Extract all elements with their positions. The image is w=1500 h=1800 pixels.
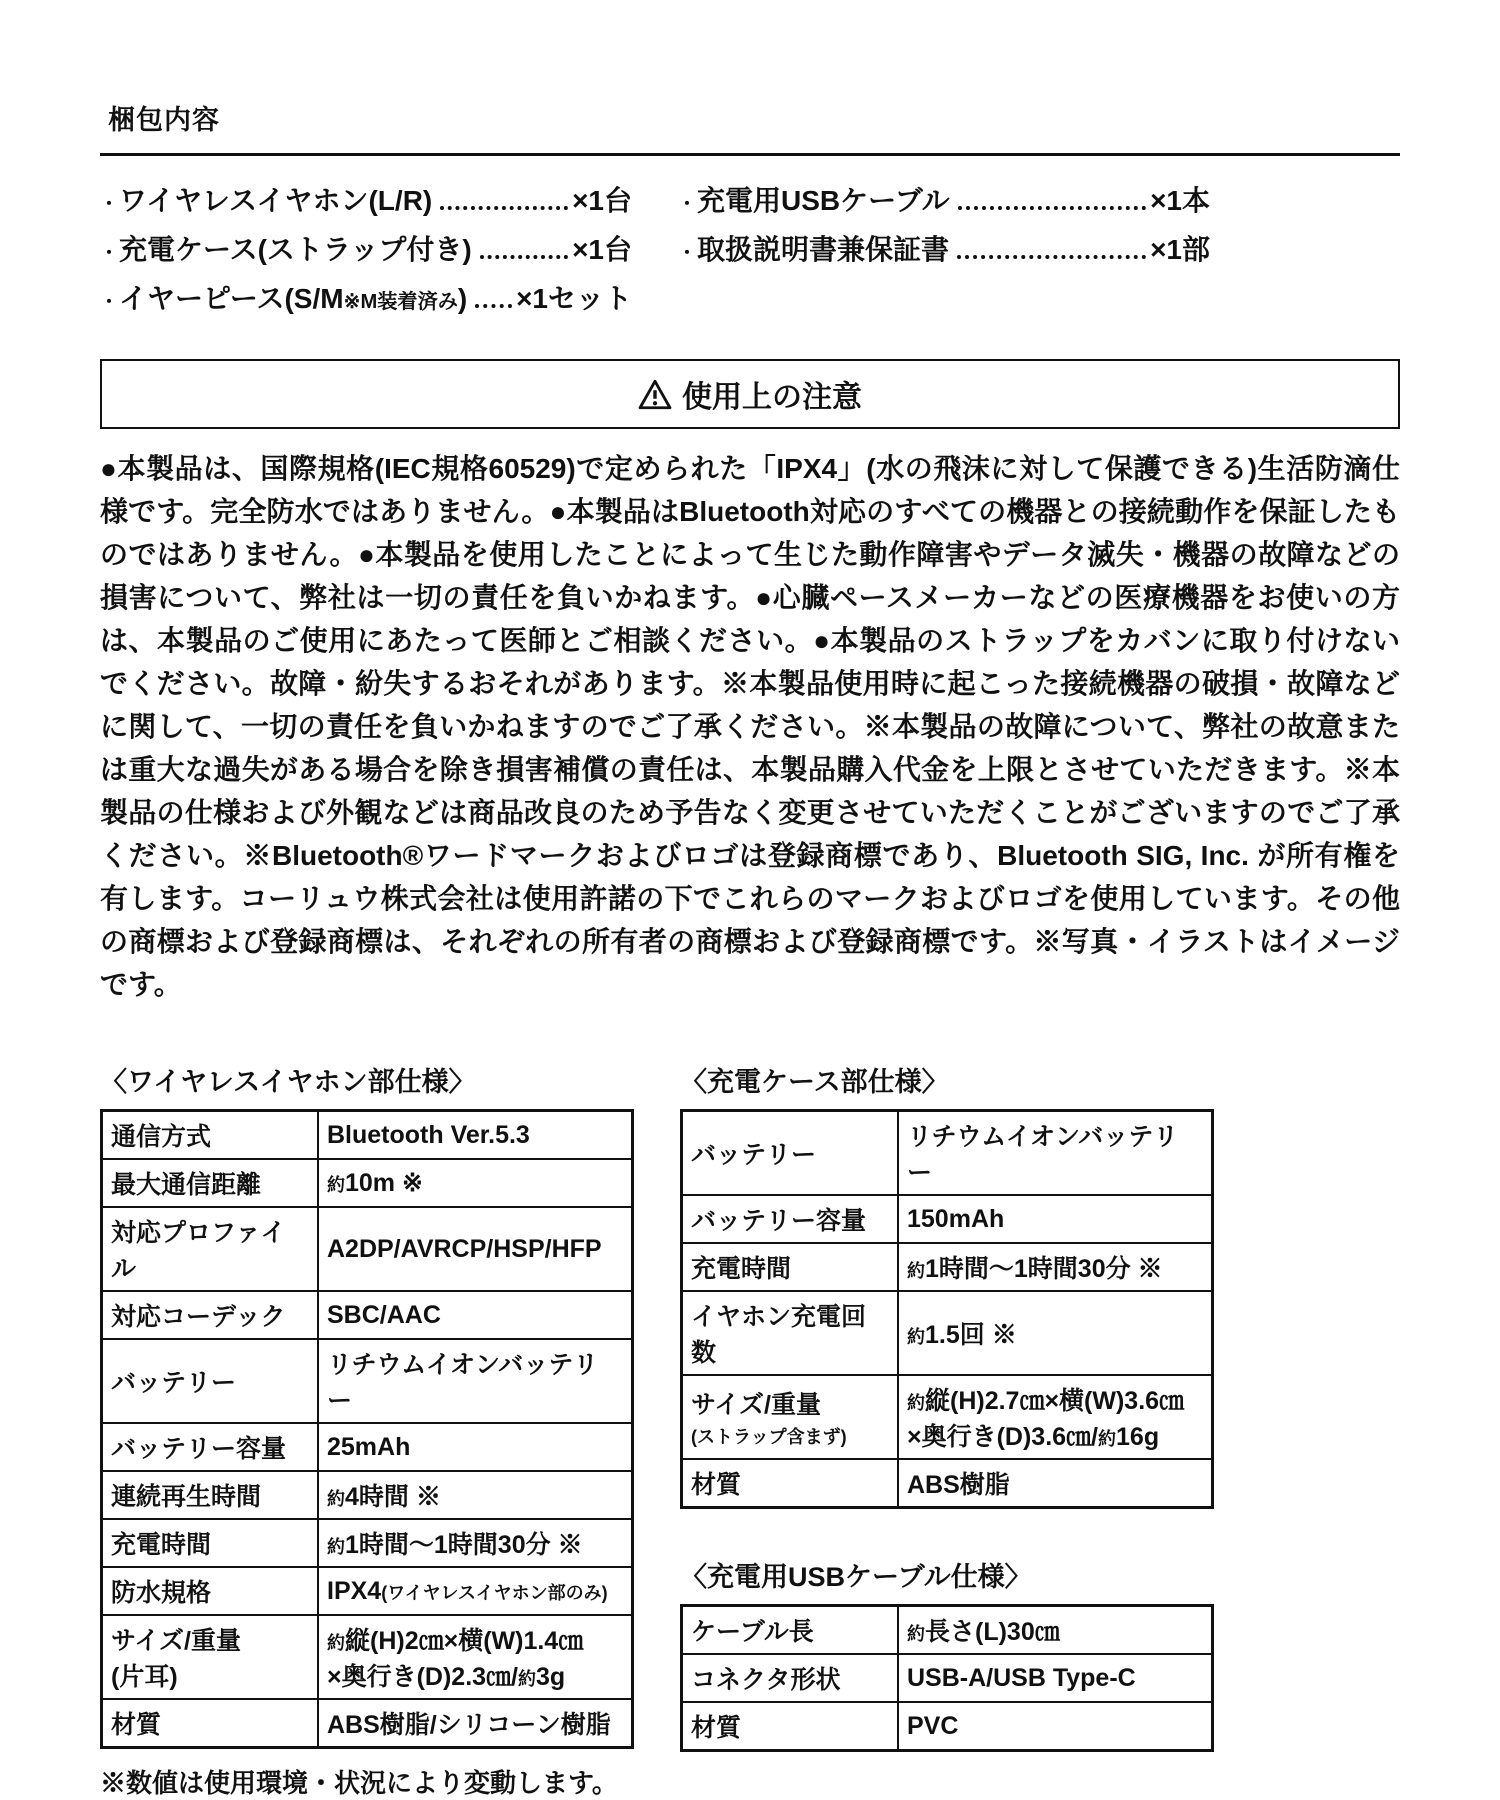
table-row: 材質ABS樹脂: [682, 1459, 1213, 1508]
table-row: バッテリー容量150mAh: [682, 1195, 1213, 1243]
earphone-spec-title: 〈ワイヤレスイヤホン部仕様〉: [100, 1060, 634, 1099]
dotted-leader: [958, 206, 1146, 210]
spec-value-cell: ABS樹脂: [898, 1459, 1213, 1508]
spec-value-cell: USB-A/USB Type-C: [898, 1654, 1213, 1702]
spec-value-cell: 約縦(H)2㎝×横(W)1.4㎝×奥行き(D)2.3㎝/約3g: [318, 1615, 633, 1699]
usage-notice-title: 使用上の注意: [682, 372, 862, 416]
package-item-count: ×1本: [1150, 178, 1210, 223]
spec-value-cell: 25mAh: [318, 1423, 633, 1471]
table-row: 対応プロファイルA2DP/AVRCP/HSP/HFP: [102, 1207, 633, 1291]
case-spec-title: 〈充電ケース部仕様〉: [680, 1060, 1214, 1099]
table-row: コネクタ形状USB-A/USB Type-C: [682, 1654, 1213, 1702]
package-item-count: ×1台: [572, 227, 632, 272]
table-row: サイズ/重量(片耳)約縦(H)2㎝×横(W)1.4㎝×奥行き(D)2.3㎝/約3…: [102, 1615, 633, 1699]
spec-value-cell: PVC: [898, 1702, 1213, 1751]
table-row: 連続再生時間約4時間 ※: [102, 1471, 633, 1519]
package-list-left-column: ・ワイヤレスイヤホン(L/R)×1台・充電ケース(ストラップ付き)×1台・イヤー…: [100, 178, 632, 325]
heading-divider: [100, 153, 1400, 156]
spec-value-cell: リチウムイオンバッテリー: [318, 1339, 633, 1423]
usb-cable-spec-title: 〈充電用USBケーブル仕様〉: [680, 1555, 1214, 1594]
warning-triangle-icon: [638, 379, 672, 410]
usage-notice-body: ●本製品は、国際規格(IEC規格60529)で定められた「IPX4」(水の飛沫に…: [100, 447, 1400, 1006]
spec-value-cell: A2DP/AVRCP/HSP/HFP: [318, 1207, 633, 1291]
table-row: 充電時間約1時間〜1時間30分 ※: [102, 1519, 633, 1567]
package-item-count: ×1部: [1150, 227, 1210, 272]
spec-label-cell: 最大通信距離: [102, 1159, 319, 1207]
spec-label-cell: 材質: [682, 1702, 899, 1751]
usage-notice-box: 使用上の注意: [100, 359, 1400, 429]
dotted-leader: [440, 206, 568, 210]
spec-value-cell: 約長さ(L)30㎝: [898, 1606, 1213, 1655]
bullet: ・: [100, 231, 118, 276]
spec-label-cell: 材質: [682, 1459, 899, 1508]
bullet: ・: [678, 182, 696, 227]
table-row: イヤホン充電回数約1.5回 ※: [682, 1291, 1213, 1375]
table-row: 充電時間約1時間〜1時間30分 ※: [682, 1243, 1213, 1291]
package-item: ・充電用USBケーブル×1本: [678, 178, 1210, 227]
package-item-label: ワイヤレスイヤホン(L/R): [119, 178, 432, 223]
spec-label-cell: コネクタ形状: [682, 1654, 899, 1702]
table-row: 通信方式Bluetooth Ver.5.3: [102, 1111, 633, 1160]
spec-value-cell: 約1時間〜1時間30分 ※: [898, 1243, 1213, 1291]
spec-value-cell: SBC/AAC: [318, 1291, 633, 1339]
package-item-count: ×1セット: [516, 276, 632, 321]
spec-label-cell: 連続再生時間: [102, 1471, 319, 1519]
spec-label-cell: サイズ/重量(片耳): [102, 1615, 319, 1699]
spec-label-cell: バッテリー容量: [102, 1423, 319, 1471]
package-item-count: ×1台: [572, 178, 632, 223]
spec-value-cell: 約1時間〜1時間30分 ※: [318, 1519, 633, 1567]
package-item: ・取扱説明書兼保証書×1部: [678, 227, 1210, 276]
earphone-spec-table-wrap: 通信方式Bluetooth Ver.5.3最大通信距離約10m ※対応プロファイ…: [100, 1109, 634, 1749]
spec-label-cell: サイズ/重量(ストラップ含まず): [682, 1375, 899, 1459]
table-row: 防水規格IPX4(ワイヤレスイヤホン部のみ): [102, 1567, 633, 1615]
spec-label-cell: 対応プロファイル: [102, 1207, 319, 1291]
spec-value-cell: リチウムイオンバッテリー: [898, 1111, 1213, 1196]
package-item-label: イヤーピース(S/M※M装着済み): [119, 276, 467, 325]
table-row: サイズ/重量(ストラップ含まず)約縦(H)2.7㎝×横(W)3.6㎝×奥行き(D…: [682, 1375, 1213, 1459]
package-item-label: 取扱説明書兼保証書: [697, 227, 949, 272]
table-row: 材質PVC: [682, 1702, 1213, 1751]
table-row: バッテリーリチウムイオンバッテリー: [102, 1339, 633, 1423]
case-spec-column: 〈充電ケース部仕様〉 バッテリーリチウムイオンバッテリーバッテリー容量150mA…: [680, 1060, 1214, 1752]
spec-label-cell: 充電時間: [682, 1243, 899, 1291]
spec-label-cell: 通信方式: [102, 1111, 319, 1160]
spec-table: 通信方式Bluetooth Ver.5.3最大通信距離約10m ※対応プロファイ…: [100, 1109, 634, 1749]
spec-value-cell: 約4時間 ※: [318, 1471, 633, 1519]
spec-label-cell: ケーブル長: [682, 1606, 899, 1655]
spec-table: バッテリーリチウムイオンバッテリーバッテリー容量150mAh充電時間約1時間〜1…: [680, 1109, 1214, 1509]
spec-value-cell: 約10m ※: [318, 1159, 633, 1207]
dotted-leader: [475, 304, 512, 308]
spec-value-cell: IPX4(ワイヤレスイヤホン部のみ): [318, 1567, 633, 1615]
table-row: バッテリー容量25mAh: [102, 1423, 633, 1471]
usb-cable-spec-table-wrap: ケーブル長約長さ(L)30㎝コネクタ形状USB-A/USB Type-C材質PV…: [680, 1604, 1214, 1752]
package-item: ・イヤーピース(S/M※M装着済み)×1セット: [100, 276, 632, 325]
table-row: 最大通信距離約10m ※: [102, 1159, 633, 1207]
package-item: ・充電ケース(ストラップ付き)×1台: [100, 227, 632, 276]
case-spec-table-wrap: バッテリーリチウムイオンバッテリーバッテリー容量150mAh充電時間約1時間〜1…: [680, 1109, 1214, 1509]
spec-label-cell: バッテリー: [682, 1111, 899, 1196]
spec-label-cell: バッテリー: [102, 1339, 319, 1423]
package-list-right-column: ・充電用USBケーブル×1本・取扱説明書兼保証書×1部: [678, 178, 1210, 325]
spec-value-cell: Bluetooth Ver.5.3: [318, 1111, 633, 1160]
bullet: ・: [100, 280, 118, 325]
spec-footnote: ※数値は使用環境・状況により変動します。: [100, 1763, 634, 1800]
spec-label-cell: 材質: [102, 1699, 319, 1748]
table-row: 材質ABS樹脂/シリコーン樹脂: [102, 1699, 633, 1748]
package-item-label: 充電ケース(ストラップ付き): [119, 227, 472, 272]
spec-value-cell: 約縦(H)2.7㎝×横(W)3.6㎝×奥行き(D)3.6㎝/約16g: [898, 1375, 1213, 1459]
package-contents-heading: 梱包内容: [108, 98, 1400, 137]
package-item-label: 充電用USBケーブル: [697, 178, 950, 223]
spec-value-cell: ABS樹脂/シリコーン樹脂: [318, 1699, 633, 1748]
spec-table: ケーブル長約長さ(L)30㎝コネクタ形状USB-A/USB Type-C材質PV…: [680, 1604, 1214, 1752]
manual-page: 梱包内容 ・ワイヤレスイヤホン(L/R)×1台・充電ケース(ストラップ付き)×1…: [0, 0, 1500, 1800]
dotted-leader: [480, 255, 568, 259]
spec-label-cell: イヤホン充電回数: [682, 1291, 899, 1375]
package-contents-list: ・ワイヤレスイヤホン(L/R)×1台・充電ケース(ストラップ付き)×1台・イヤー…: [100, 178, 1400, 325]
table-row: 対応コーデックSBC/AAC: [102, 1291, 633, 1339]
package-item: ・ワイヤレスイヤホン(L/R)×1台: [100, 178, 632, 227]
bullet: ・: [678, 231, 696, 276]
table-row: ケーブル長約長さ(L)30㎝: [682, 1606, 1213, 1655]
spec-section: 〈ワイヤレスイヤホン部仕様〉 通信方式Bluetooth Ver.5.3最大通信…: [100, 1060, 1400, 1800]
spec-label-cell: 対応コーデック: [102, 1291, 319, 1339]
table-row: バッテリーリチウムイオンバッテリー: [682, 1111, 1213, 1196]
dotted-leader: [957, 255, 1146, 259]
spec-label-cell: 充電時間: [102, 1519, 319, 1567]
bullet: ・: [100, 182, 118, 227]
spec-label-cell: 防水規格: [102, 1567, 319, 1615]
spec-value-cell: 約1.5回 ※: [898, 1291, 1213, 1375]
earphone-spec-column: 〈ワイヤレスイヤホン部仕様〉 通信方式Bluetooth Ver.5.3最大通信…: [100, 1060, 634, 1800]
spec-label-cell: バッテリー容量: [682, 1195, 899, 1243]
spec-value-cell: 150mAh: [898, 1195, 1213, 1243]
